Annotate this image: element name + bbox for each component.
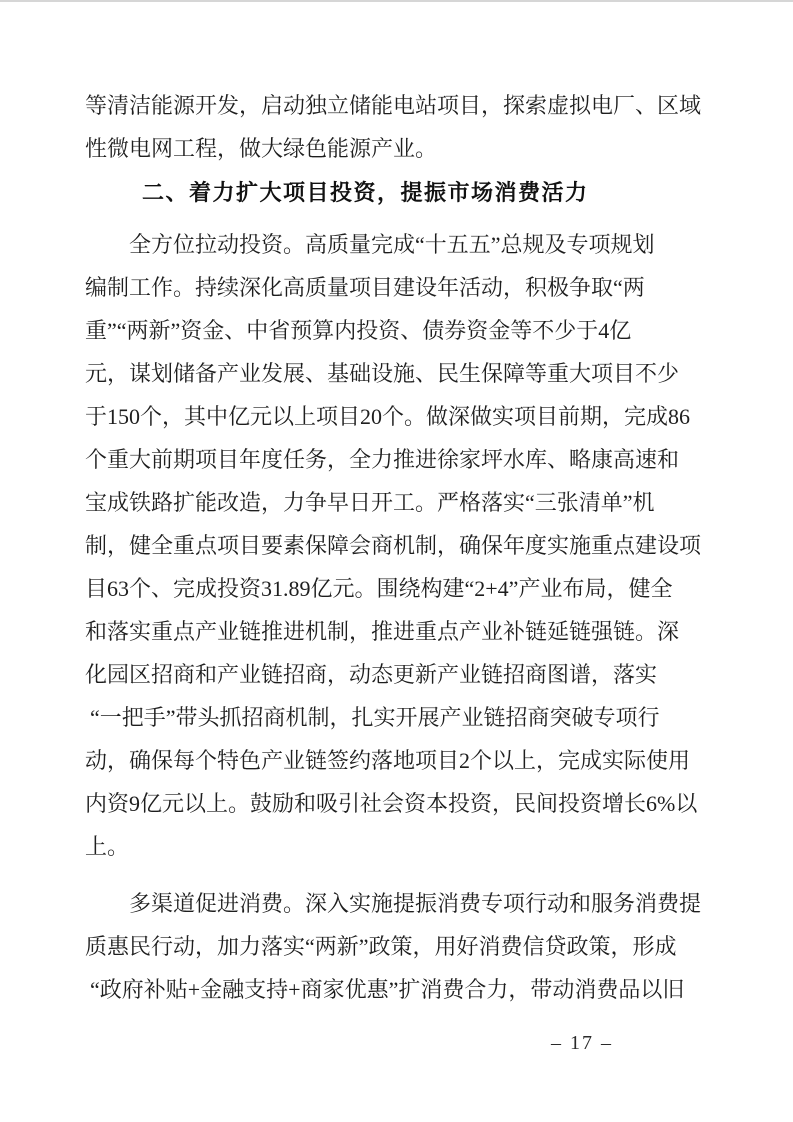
body-line: “政府补贴+金融支持+商家优惠”扩消费合力，带动消费品以旧 [85, 968, 708, 1011]
body-line: 内资9亿元以上。鼓励和吸引社会资本投资，民间投资增长6%以 [85, 782, 708, 825]
body-line: 性微电网工程，做大绿色能源产业。 [85, 127, 708, 170]
body-line: 和落实重点产业链推进机制，推进重点产业补链延链强链。深 [85, 610, 708, 653]
section-heading: 二、着力扩大项目投资，提振市场消费活力 [85, 170, 708, 215]
body-line: 个重大前期项目年度任务，全力推进徐家坪水库、略康高速和 [85, 438, 708, 481]
paragraph-consumption: 多渠道促进消费。深入实施提振消费专项行动和服务消费提 质惠民行动，加力落实“两新… [85, 882, 708, 1011]
body-line: 目63个、完成投资31.89亿元。围绕构建“2+4”产业布局，健全 [85, 567, 708, 610]
paragraph-first-line: 全方位拉动投资。高质量完成“十五五”总规及专项规划 [85, 223, 708, 266]
body-line: 化园区招商和产业链招商，动态更新产业链招商图谱，落实 [85, 653, 708, 696]
text-block: 等清洁能源开发，启动独立储能电站项目，探索虚拟电厂、区域 性微电网工程，做大绿色… [0, 2, 793, 1063]
intro-paragraph: 等清洁能源开发，启动独立储能电站项目，探索虚拟电厂、区域 性微电网工程，做大绿色… [85, 84, 708, 170]
body-line: 上。 [85, 825, 708, 868]
page-footer: – 17 – [85, 1023, 708, 1063]
document-page: 等清洁能源开发，启动独立储能电站项目，探索虚拟电厂、区域 性微电网工程，做大绿色… [0, 0, 793, 1122]
body-line: 重”“两新”资金、中省预算内投资、债券资金等不少于4亿 [85, 309, 708, 352]
body-line: 编制工作。持续深化高质量项目建设年活动，积极争取“两 [85, 266, 708, 309]
body-line: 元，谋划储备产业发展、基础设施、民生保障等重大项目不少 [85, 352, 708, 395]
body-line: 动，确保每个特色产业链签约落地项目2个以上，完成实际使用 [85, 739, 708, 782]
body-line: 质惠民行动，加力落实“两新”政策，用好消费信贷政策，形成 [85, 925, 708, 968]
body-line: 宝成铁路扩能改造，力争早日开工。严格落实“三张清单”机 [85, 481, 708, 524]
body-line: 于150个，其中亿元以上项目20个。做深做实项目前期，完成86 [85, 395, 708, 438]
body-line: 制，健全重点项目要素保障会商机制，确保年度实施重点建设项 [85, 524, 708, 567]
page-number: – 17 – [551, 1032, 613, 1054]
body-line: “一把手”带头抓招商机制，扎实开展产业链招商突破专项行 [85, 696, 708, 739]
paragraph-investment: 全方位拉动投资。高质量完成“十五五”总规及专项规划 编制工作。持续深化高质量项目… [85, 223, 708, 868]
body-line: 等清洁能源开发，启动独立储能电站项目，探索虚拟电厂、区域 [85, 84, 708, 127]
paragraph-first-line: 多渠道促进消费。深入实施提振消费专项行动和服务消费提 [85, 882, 708, 925]
